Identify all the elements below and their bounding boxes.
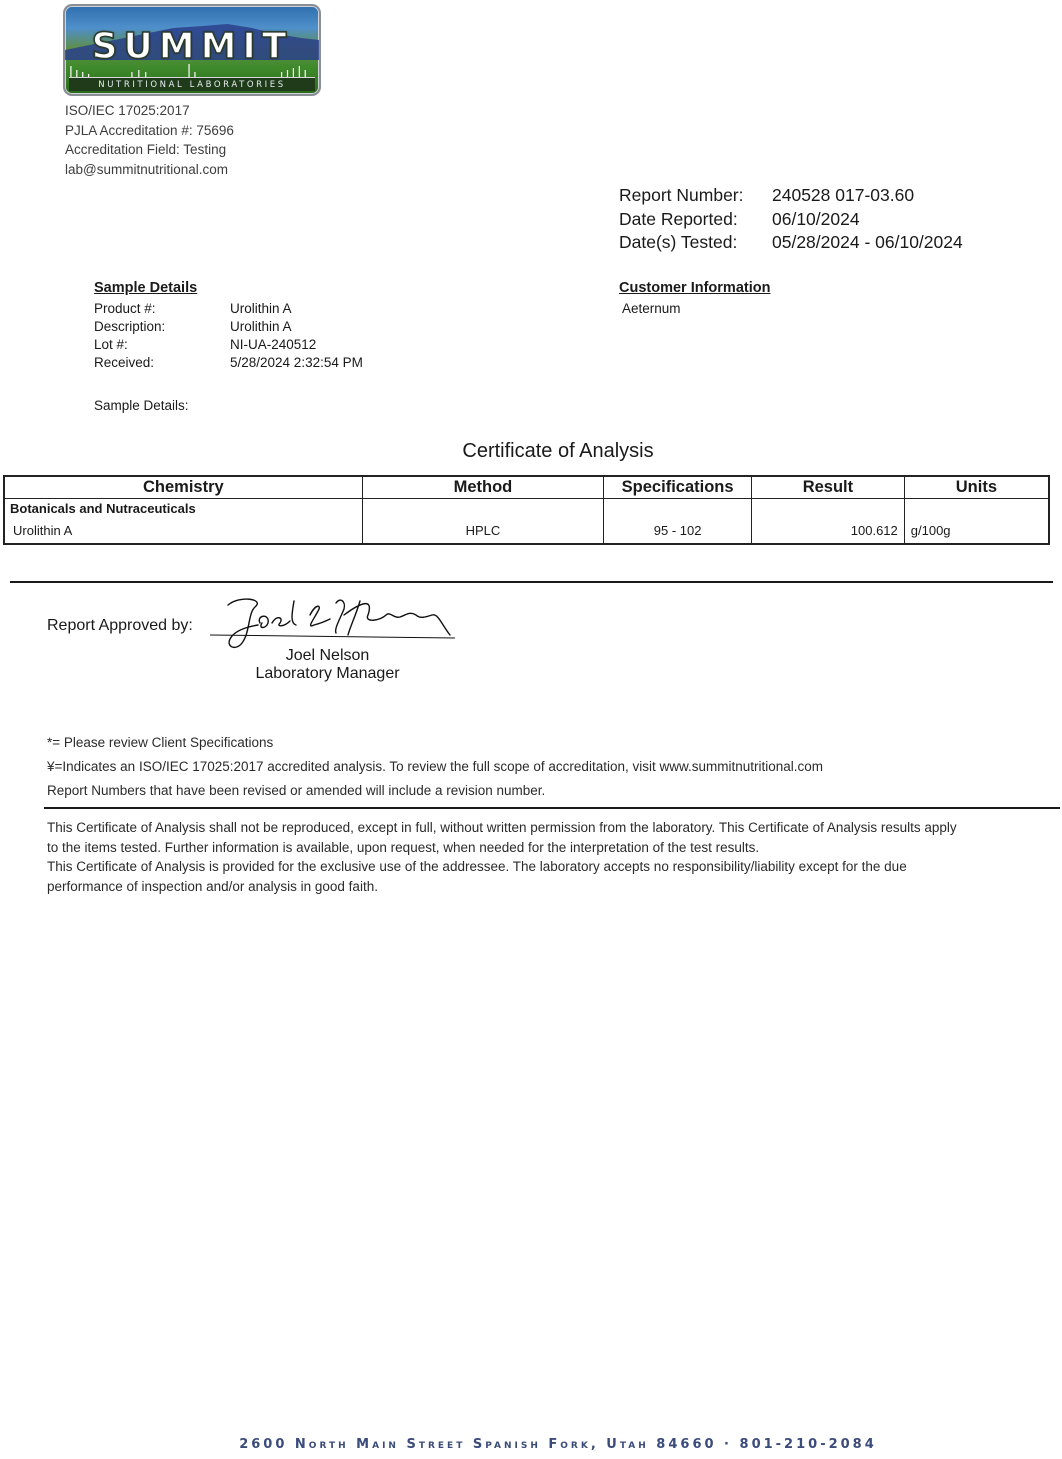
- date-reported-label: Date Reported:: [619, 208, 772, 232]
- table-row: Urolithin A HPLC 95 - 102 100.612 g/100g: [4, 518, 1049, 544]
- sample-label: Received:: [94, 354, 230, 372]
- date-reported-row: Date Reported: 06/10/2024: [619, 208, 963, 232]
- results-table: Chemistry Method Specifications Result U…: [3, 475, 1050, 545]
- sample-details-note-label: Sample Details:: [94, 398, 189, 413]
- dates-tested-label: Date(s) Tested:: [619, 231, 772, 255]
- column-header-method: Method: [362, 476, 603, 498]
- disclaimer-line: This Certificate of Analysis is provided…: [47, 857, 1047, 877]
- pjla-accreditation: PJLA Accreditation #: 75696: [65, 121, 234, 141]
- note-client-specs: *= Please review Client Specifications: [47, 735, 823, 759]
- sample-row: Description: Urolithin A: [94, 318, 363, 336]
- sample-row: Received: 5/28/2024 2:32:54 PM: [94, 354, 363, 372]
- dates-tested-row: Date(s) Tested: 05/28/2024 - 06/10/2024: [619, 231, 963, 255]
- disclaimer-line: performance of inspection and/or analysi…: [47, 877, 1047, 897]
- method-cell: HPLC: [362, 518, 603, 544]
- sample-value: NI-UA-240512: [230, 336, 316, 354]
- sample-label: Lot #:: [94, 336, 230, 354]
- customer-name: Aeternum: [622, 301, 770, 316]
- disclaimer-line: This Certificate of Analysis shall not b…: [47, 818, 1047, 838]
- date-reported-value: 06/10/2024: [772, 208, 860, 232]
- sample-value: Urolithin A: [230, 318, 292, 336]
- sample-row: Product #: Urolithin A: [94, 300, 363, 318]
- sample-details-heading: Sample Details: [94, 280, 363, 296]
- category-row: Botanicals and Nutraceuticals: [4, 498, 1049, 518]
- footer-address: 2600 North Main Street Spanish Fork, Uta…: [0, 1437, 1062, 1452]
- approved-by-label: Report Approved by:: [47, 617, 193, 635]
- column-header-units: Units: [904, 476, 1049, 498]
- summit-logo: SUMMIT NUTRITIONAL LABORATORIES: [63, 4, 321, 96]
- logo-tagline: NUTRITIONAL LABORATORIES: [69, 77, 315, 91]
- category-label: Botanicals and Nutraceuticals: [4, 498, 362, 518]
- units-cell: g/100g: [904, 518, 1049, 544]
- divider: [44, 807, 1060, 809]
- column-header-result: Result: [752, 476, 905, 498]
- sample-row: Lot #: NI-UA-240512: [94, 336, 363, 354]
- note-accreditation: ¥=Indicates an ISO/IEC 17025:2017 accred…: [47, 759, 823, 783]
- notes: *= Please review Client Specifications ¥…: [47, 735, 823, 806]
- lab-info: ISO/IEC 17025:2017 PJLA Accreditation #:…: [65, 101, 234, 179]
- certificate-title: Certificate of Analysis: [0, 440, 1062, 463]
- report-meta: Report Number: 240528 017-03.60 Date Rep…: [619, 184, 963, 255]
- sample-details-grid: Product #: Urolithin A Description: Urol…: [94, 300, 363, 372]
- disclaimer-line: to the items tested. Further information…: [47, 838, 1047, 858]
- signer-block: Joel Nelson Laboratory Manager: [255, 647, 400, 683]
- customer-information-heading: Customer Information: [619, 280, 770, 296]
- signer-name: Joel Nelson: [255, 647, 400, 665]
- disclaimer: This Certificate of Analysis shall not b…: [47, 818, 1047, 896]
- empty-cell: [604, 498, 752, 518]
- iso-standard: ISO/IEC 17025:2017: [65, 101, 234, 121]
- logo-brand: SUMMIT: [65, 26, 319, 67]
- result-cell: 100.612: [752, 518, 905, 544]
- column-header-specifications: Specifications: [604, 476, 752, 498]
- lab-email: lab@summitnutritional.com: [65, 160, 234, 180]
- customer-information: Customer Information Aeternum: [619, 280, 770, 316]
- sample-details: Sample Details Product #: Urolithin A De…: [94, 280, 363, 372]
- table-header-row: Chemistry Method Specifications Result U…: [4, 476, 1049, 498]
- report-number-row: Report Number: 240528 017-03.60: [619, 184, 963, 208]
- column-header-chemistry: Chemistry: [4, 476, 362, 498]
- sample-label: Description:: [94, 318, 230, 336]
- sample-value: Urolithin A: [230, 300, 292, 318]
- report-number-value: 240528 017-03.60: [772, 184, 914, 208]
- empty-cell: [904, 498, 1049, 518]
- sample-value: 5/28/2024 2:32:54 PM: [230, 354, 363, 372]
- sample-label: Product #:: [94, 300, 230, 318]
- note-revisions: Report Numbers that have been revised or…: [47, 783, 823, 807]
- signature-image: [210, 593, 455, 653]
- divider: [10, 581, 1053, 583]
- empty-cell: [752, 498, 905, 518]
- signer-title: Laboratory Manager: [255, 665, 400, 683]
- spec-cell: 95 - 102: [604, 518, 752, 544]
- report-number-label: Report Number:: [619, 184, 772, 208]
- analyte-cell: Urolithin A: [4, 518, 362, 544]
- dates-tested-value: 05/28/2024 - 06/10/2024: [772, 231, 963, 255]
- empty-cell: [362, 498, 603, 518]
- accreditation-field: Accreditation Field: Testing: [65, 140, 234, 160]
